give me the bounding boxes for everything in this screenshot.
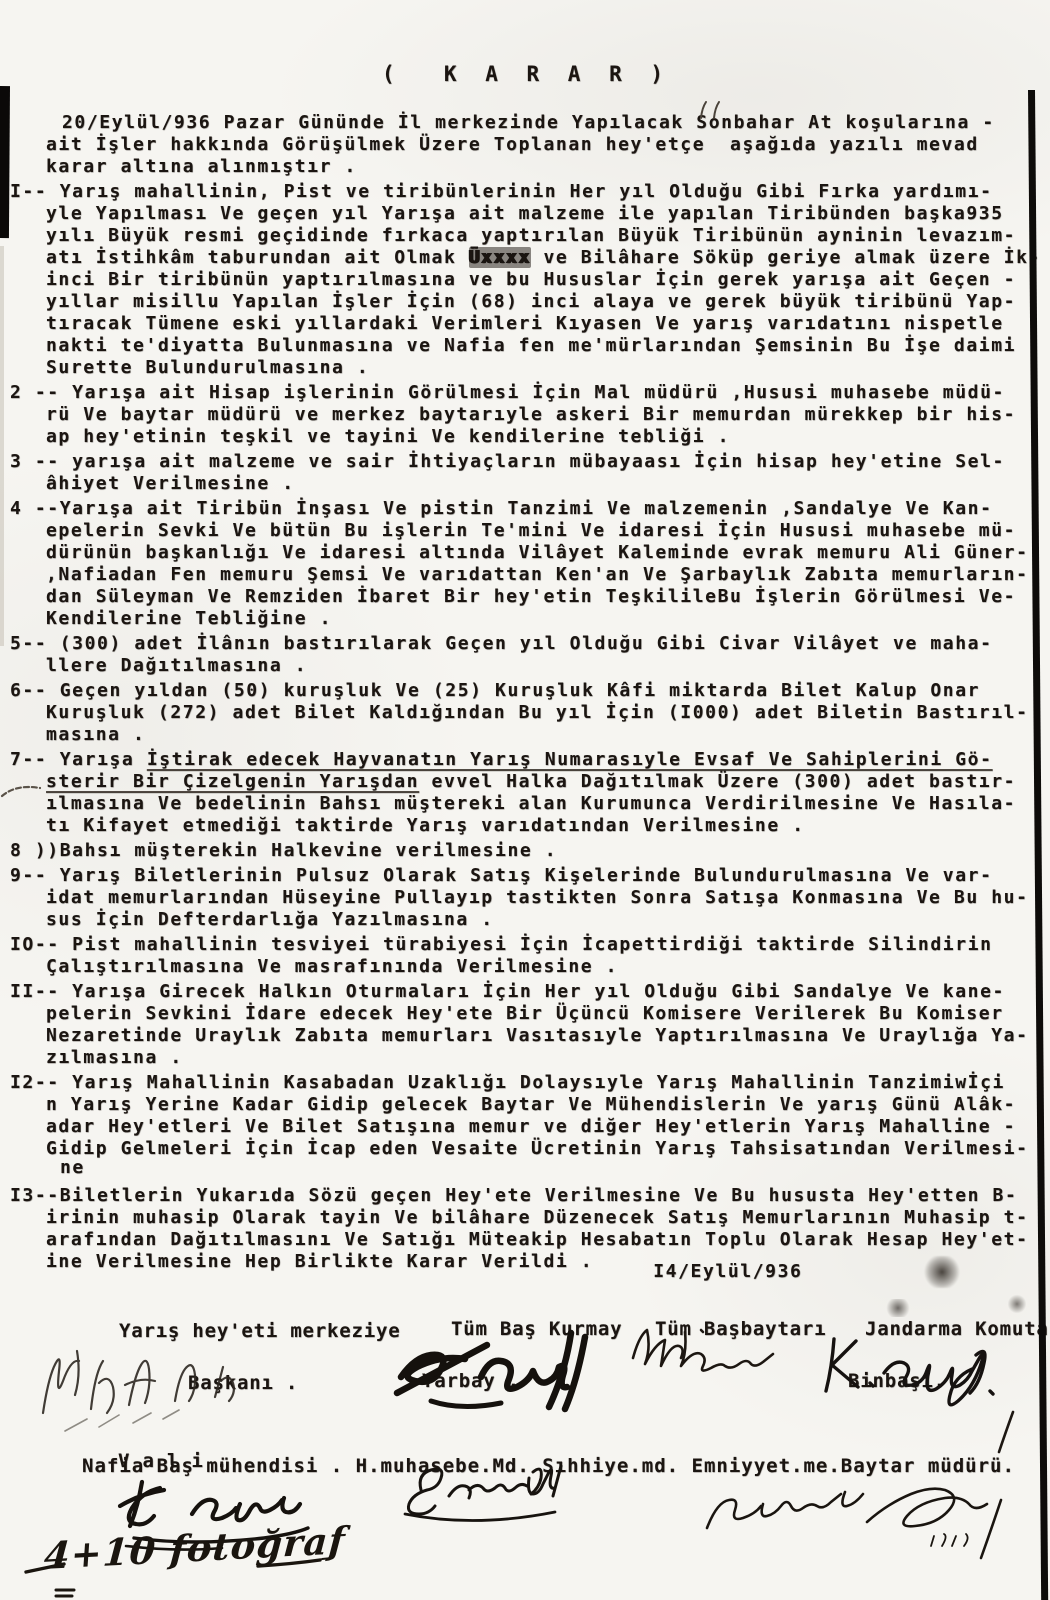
document-body: 20/Eylül/936 Pazar Gününde İl merkezinde… xyxy=(46,112,1036,1273)
doc-text: atı İstihkâm taburundan ait Olmak xyxy=(46,247,469,268)
ink-smudge xyxy=(1008,1294,1026,1314)
doc-line: I2-- Yarış Mahallinin Kasabadan Uzaklığı… xyxy=(10,1072,1036,1094)
binbasi-signature xyxy=(818,1325,1003,1433)
doc-line: 3 -- yarışa ait malzeme ve sair İhtiyaçl… xyxy=(10,451,1036,473)
doc-text: 7-- Yarışa xyxy=(10,749,147,770)
doc-line: tı Kifayet etmediği taktirde Yarış varıd… xyxy=(46,815,1036,837)
pencil-mark xyxy=(693,96,721,122)
doc-line: ılmasına Ve bedelinin Bahsı müştereki al… xyxy=(46,793,1036,815)
ink-smudge xyxy=(884,1299,912,1317)
item-11: II-- Yarışa Girecek Halkın Oturmaları İç… xyxy=(46,981,1036,1069)
doc-line: dan Süleyman Ve Remziden İbaret Bir hey'… xyxy=(46,586,1036,608)
doc-line: dürünün başkanlığı Ve idaresi altında Vi… xyxy=(46,542,1036,564)
decision-date: I4/Eylül/936 xyxy=(653,1261,802,1283)
pencil-dash xyxy=(0,780,42,804)
doc-line: 6-- Geçen yıldan (50) kuruşluk Ve (25) K… xyxy=(10,680,1036,702)
doc-text: ve Bilâhare Söküp geriye almak üzere İk- xyxy=(531,247,1041,268)
doc-line: sterir Bir Çizelgenin Yarışdan evvel Hal… xyxy=(46,771,1036,793)
doc-line: inci Bir tiribünün yaptırılmasına ve bu … xyxy=(46,269,1036,291)
doc-line: Surette Bulundurulmasına . xyxy=(46,357,1036,379)
doc-line: Nezaretinde Uraylık Zabıta memurları Vas… xyxy=(46,1025,1036,1047)
doc-line: pelerin Sevkini İdare edecek Hey'ete Bir… xyxy=(46,1003,1036,1025)
doc-line: 5-- (300) adet İlânın bastırılarak Geçen… xyxy=(10,633,1036,655)
vali-signature xyxy=(25,1325,290,1443)
doc-line: I-- Yarış mahallinin, Pist ve tiribünler… xyxy=(10,181,1036,203)
doc-line: arafından Dağıtılmasını Ve Satığı Müteak… xyxy=(46,1229,1036,1251)
item-6: 6-- Geçen yıldan (50) kuruşluk Ve (25) K… xyxy=(46,680,1036,746)
doc-line: 20/Eylül/936 Pazar Gününde İl merkezinde… xyxy=(46,112,1036,134)
item-5: 5-- (300) adet İlânın bastırılarak Geçen… xyxy=(46,633,1036,677)
doc-line: yle Yapılması Ve geçen yıl Yarışa ait ma… xyxy=(46,203,1036,225)
doc-line: IO-- Pist mahallinin tesviyei türabiyesi… xyxy=(10,934,1036,956)
item-3: 3 -- yarışa ait malzeme ve sair İhtiyaçl… xyxy=(46,451,1036,495)
doc-line: 2 -- Yarışa ait Hisap işlerinin Görülmes… xyxy=(10,382,1036,404)
doc-line: Kendilerine Tebliğine . xyxy=(46,608,1036,630)
doc-text: evvel Halka Dağıtılmak Üzere (300) adet … xyxy=(419,771,1016,792)
doc-line: zılmasına . xyxy=(46,1047,1036,1069)
ink-smudge xyxy=(924,1256,960,1288)
underlined-text: sterir Bir Çizelgenin Yarışdan xyxy=(46,771,419,792)
doc-line: irinin muhasip Olarak tayin Ve bilâhare … xyxy=(46,1207,1036,1229)
baytar-signature xyxy=(695,1470,1025,1568)
yarbay-signature xyxy=(395,1315,600,1415)
document-title: ( K A R A R ) xyxy=(382,62,671,86)
note-strokes xyxy=(20,1544,330,1592)
doc-line: masına . xyxy=(46,724,1036,746)
doc-line: Kuruşluk (272) adet Bilet Kaldığından Bu… xyxy=(46,702,1036,724)
item-10: IO-- Pist mahallinin tesviyei türabiyesi… xyxy=(46,934,1036,978)
item-7: 7-- Yarışa İştirak edecek Hayvanatın Yar… xyxy=(46,749,1036,837)
doc-line: I3--Biletlerin Yukarıda Sözü geçen Hey'e… xyxy=(10,1185,1036,1207)
doc-line: atı İstihkâm taburundan ait Olmak Üxxxx … xyxy=(46,247,1036,269)
scan-border-left xyxy=(0,86,10,238)
scan-edge-shade xyxy=(0,246,4,646)
doc-line: 7-- Yarışa İştirak edecek Hayvanatın Yar… xyxy=(10,749,1036,771)
doc-line: ap hey'etinin teşkil ve tayini Ve kendil… xyxy=(46,426,1036,448)
muhasebe-signature xyxy=(385,1462,575,1534)
doc-line: Çalıştırılmasına Ve masrafınında Verilme… xyxy=(46,956,1036,978)
doc-line: adar Hey'etleri Ve Bilet Satışına memur … xyxy=(46,1116,1036,1138)
item-9: 9-- Yarış Biletlerinin Pulsuz Olarak Sat… xyxy=(46,865,1036,931)
doc-line: yılı Büyük resmi geçidinde fırkaca yaptı… xyxy=(46,225,1036,247)
doc-line: nakti te'diyatta Bulunmasına ve Nafia fe… xyxy=(46,335,1036,357)
doc-line: ne xyxy=(60,1157,1036,1179)
doc-line: ,Nafiadan Fen memuru Şemsi Ve varıdattan… xyxy=(46,564,1036,586)
doc-line: II-- Yarışa Girecek Halkın Oturmaları İç… xyxy=(10,981,1036,1003)
doc-line: âhiyet Verilmesine . xyxy=(46,473,1036,495)
struck-text: Üxxxx xyxy=(469,247,531,268)
doc-line: 8 ))Bahsı müşterekin Halkevine verilmesi… xyxy=(10,840,1036,862)
doc-text: ine Verilmesine Hep Birlikte Karar Veril… xyxy=(46,1251,593,1272)
basbaytar-signature xyxy=(625,1318,795,1380)
doc-line: karar altına alınmıştır . xyxy=(46,156,1036,178)
item-8: 8 ))Bahsı müşterekin Halkevine verilmesi… xyxy=(46,840,1036,862)
doc-line: tıracak Tümene eski yıllardaki Verimleri… xyxy=(46,313,1036,335)
item-1: I-- Yarış mahallinin, Pist ve tiribünler… xyxy=(46,181,1036,379)
doc-line: yıllar misillu Yapılan İşler İçin (68) i… xyxy=(46,291,1036,313)
doc-line: idat memurlarından Hüseyine Pullayıp tas… xyxy=(46,887,1036,909)
doc-line: ait İşler hakkında Görüşülmek Üzere Topl… xyxy=(46,134,1036,156)
item-2: 2 -- Yarışa ait Hisap işlerinin Görülmes… xyxy=(46,382,1036,448)
doc-line: 4 --Yarışa ait Tiribün İnşası Ve pistin … xyxy=(10,498,1036,520)
intro-paragraph: 20/Eylül/936 Pazar Gününde İl merkezinde… xyxy=(46,112,1036,178)
underlined-text: İştirak edecek Hayvanatın Yarış Numarası… xyxy=(147,749,993,770)
doc-line: rü Ve baytar müdürü ve merkez baytarıyle… xyxy=(46,404,1036,426)
doc-line: sus İçin Defterdarlığa Yazılmasına . xyxy=(46,909,1036,931)
item-4: 4 --Yarışa ait Tiribün İnşası Ve pistin … xyxy=(46,498,1036,630)
doc-line: llere Dağıtılmasına . xyxy=(46,655,1036,677)
corner-mark xyxy=(54,1586,80,1600)
doc-line: ine Verilmesine Hep Birlikte Karar Veril… xyxy=(46,1251,1036,1273)
doc-line: 9-- Yarış Biletlerinin Pulsuz Olarak Sat… xyxy=(10,865,1036,887)
doc-line: epelerin Sevki Ve bütün Bu işlerin Te'mi… xyxy=(46,520,1036,542)
item-13: I3--Biletlerin Yukarıda Sözü geçen Hey'e… xyxy=(46,1185,1036,1273)
item-12: I2-- Yarış Mahallinin Kasabadan Uzaklığı… xyxy=(46,1072,1036,1182)
doc-line: n Yarış Yerine Kadar Gidip gelecek Bayta… xyxy=(46,1094,1036,1116)
document-page: ( K A R A R ) 20/Eylül/936 Pazar Gününde… xyxy=(0,0,1050,1600)
pen-stroke xyxy=(995,1408,1019,1458)
